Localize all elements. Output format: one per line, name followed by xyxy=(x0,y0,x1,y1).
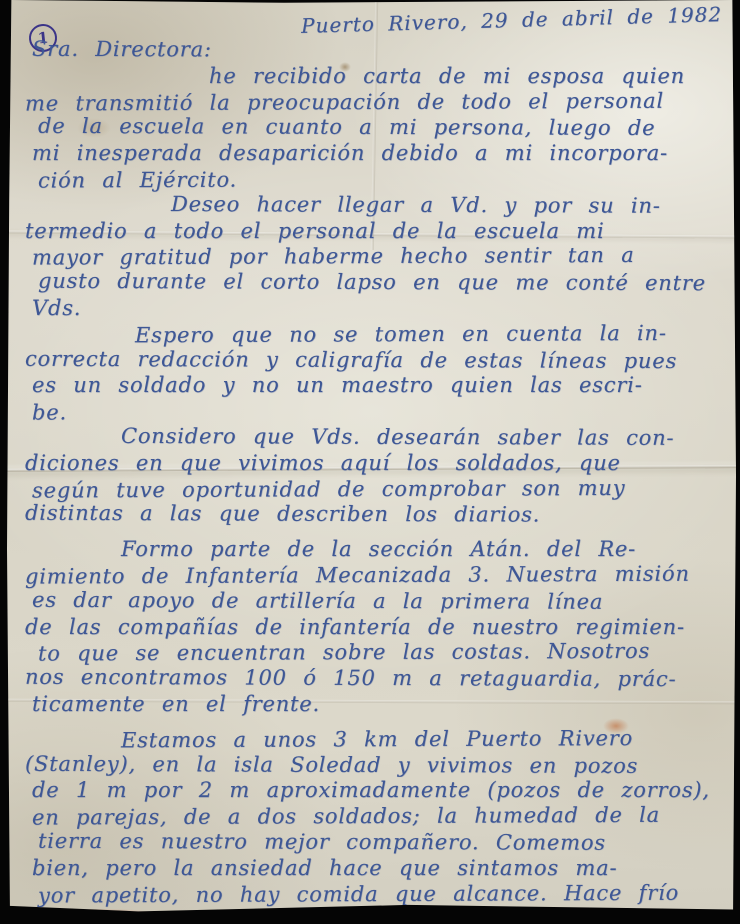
letter-page: 1 Puerto Rivero, 29 de abril de 1982 Sra… xyxy=(7,0,736,915)
handwritten-line: Deseo hacer llegar a Vd. y por su in- xyxy=(171,192,734,220)
handwritten-line: es dar apoyo de artillería a la primera … xyxy=(32,588,734,616)
handwritten-line: mayor gratitud por haberme hecho sentir … xyxy=(32,243,734,272)
red-mark xyxy=(37,909,157,915)
handwritten-line: ticamente en el frente. xyxy=(32,692,734,718)
handwritten-line: gimiento de Infantería Mecanizada 3. Nue… xyxy=(25,561,734,590)
salutation-line: Sra. Directora: xyxy=(32,37,734,65)
handwritten-line: Considero que Vds. desearán saber las co… xyxy=(121,424,734,452)
handwritten-line: mi inesperada desaparición debido a mi i… xyxy=(32,141,734,167)
handwritten-line: yor apetito, no hay comida que alcance. … xyxy=(38,880,734,909)
handwritten-line: es un soldado y no un maestro quien las … xyxy=(32,373,734,399)
handwritten-line: me transmitió la preocupación de todo el… xyxy=(25,88,734,117)
handwritten-line: Vds. xyxy=(32,296,734,322)
handwritten-line: (Stanley), en la isla Soledad y vivimos … xyxy=(25,751,734,779)
handwritten-line: to que se encuentran sobre las costas. N… xyxy=(38,639,734,668)
handwritten-line: correcta redacción y caligrafía de estas… xyxy=(25,346,734,374)
handwritten-line: de 1 m por 2 m aproximadamente (pozos de… xyxy=(32,778,734,804)
handwritten-line: Espero que no se tomen en cuenta la in- xyxy=(135,320,734,348)
handwritten-line: según tuve oportunidad de comprobar son … xyxy=(32,475,734,504)
handwritten-line: he recibido carta de mi esposa quien xyxy=(209,64,734,90)
handwritten-line: gusto durante el corto lapso en que me c… xyxy=(38,269,734,297)
handwritten-line: en parejas, de a dos soldados; la humeda… xyxy=(32,803,734,832)
date-line: Puerto Rivero, 29 de abril de 1982 xyxy=(301,2,723,38)
handwritten-line: diciones en que vivimos aquí los soldado… xyxy=(25,451,734,477)
handwritten-line: termedio a todo el personal de la escuel… xyxy=(25,219,734,245)
handwritten-line: Formo parte de la sección Atán. del Re- xyxy=(121,537,734,563)
handwritten-line: bien, pero la ansiedad hace que sintamos… xyxy=(32,856,734,882)
handwritten-line: de las compañías de infantería de nuestr… xyxy=(25,615,734,641)
handwritten-line: be. xyxy=(32,398,734,427)
scan-background: 1 Puerto Rivero, 29 de abril de 1982 Sra… xyxy=(0,0,740,924)
letter-body: Sra. Directora: he recibido carta de mi … xyxy=(23,38,734,907)
handwritten-line: nos encontramos 100 ó 150 m a retaguardi… xyxy=(25,665,734,693)
handwritten-line: tierra es nuestro mejor compañero. Comem… xyxy=(38,829,734,857)
handwritten-line: de la escuela en cuanto a mi persona, lu… xyxy=(38,114,734,142)
handwritten-line: Estamos a unos 3 km del Puerto Rivero xyxy=(121,725,734,753)
handwritten-line: distintas a las que describen los diario… xyxy=(25,501,734,529)
handwritten-line: ción al Ejército. xyxy=(38,165,734,194)
